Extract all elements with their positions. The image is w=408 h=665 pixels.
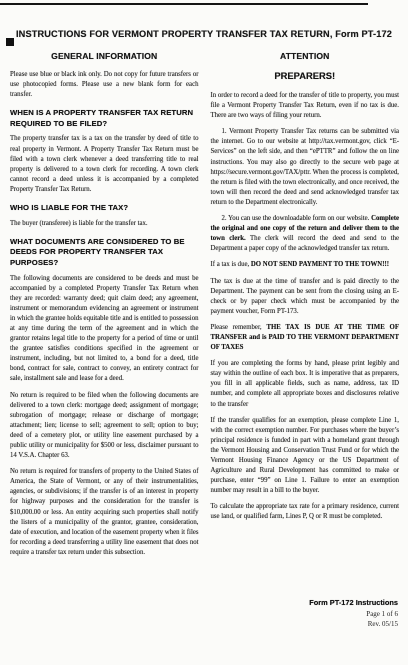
body-text: Please use blue or black ink only. Do no… bbox=[10, 71, 199, 98]
body-text: The following documents are considered t… bbox=[10, 275, 199, 383]
section-heading: WHO IS LIABLE FOR THE TAX? bbox=[10, 203, 199, 214]
section-heading: WHEN IS A PROPERTY TRANSFER TAX RETURN R… bbox=[10, 108, 199, 129]
body-text: The buyer (transferee) is liable for the… bbox=[10, 220, 148, 227]
body-text: If the transfer qualifies for an exempti… bbox=[211, 417, 400, 495]
body-text: If you are completing the forms by hand,… bbox=[211, 360, 400, 407]
section-heading: PREPARERS! bbox=[211, 70, 400, 82]
scan-artifact-speck bbox=[6, 38, 14, 46]
footer-page-number: Page 1 of 6 bbox=[309, 609, 398, 620]
body-text: 2. You can use the downloadable form on … bbox=[222, 215, 372, 222]
body-text: In order to record a deed for the transf… bbox=[211, 92, 400, 119]
footer-revision: Rev. 05/15 bbox=[309, 619, 398, 630]
paragraph: 2. You can use the downloadable form on … bbox=[211, 214, 400, 254]
document-page: INSTRUCTIONS FOR VERMONT PROPERTY TRANSF… bbox=[0, 0, 408, 665]
paragraph: No return is required for transfers of p… bbox=[10, 467, 199, 558]
paragraph: If a tax is due, DO NOT SEND PAYMENT TO … bbox=[211, 260, 400, 270]
paragraph: The following documents are considered t… bbox=[10, 274, 199, 385]
paragraph: In order to record a deed for the transf… bbox=[211, 91, 400, 121]
body-text: To calculate the appropriate tax rate fo… bbox=[211, 503, 400, 520]
scan-artifact-line bbox=[0, 3, 368, 5]
paragraph: The buyer (transferee) is liable for the… bbox=[10, 219, 199, 229]
right-column: ATTENTIONPREPARERS!In order to record a … bbox=[211, 50, 400, 529]
footer-form-name: Form PT-172 Instructions bbox=[309, 598, 398, 609]
body-text: Please remember, bbox=[211, 324, 267, 331]
paragraph: Please remember, THE TAX IS DUE AT THE T… bbox=[211, 323, 400, 353]
paragraph: 1. Vermont Property Transfer Tax returns… bbox=[211, 127, 400, 208]
paragraph: To calculate the appropriate tax rate fo… bbox=[211, 502, 400, 522]
paragraph: The tax is due at the time of transfer a… bbox=[211, 277, 400, 317]
section-heading: WHAT DOCUMENTS ARE CONSIDERED TO BE DEED… bbox=[10, 237, 199, 269]
section-heading: GENERAL INFORMATION bbox=[10, 51, 199, 62]
bold-text: DO NOT SEND PAYMENT TO THE TOWN!!! bbox=[251, 261, 389, 268]
document-title: INSTRUCTIONS FOR VERMONT PROPERTY TRANSF… bbox=[8, 29, 400, 39]
paragraph: Please use blue or black ink only. Do no… bbox=[10, 70, 199, 100]
body-text: No return is required for transfers of p… bbox=[10, 468, 199, 556]
left-column: GENERAL INFORMATIONPlease use blue or bl… bbox=[10, 50, 199, 564]
body-text: The tax is due at the time of transfer a… bbox=[211, 278, 400, 315]
body-text: The property transfer tax is a tax on th… bbox=[10, 135, 199, 192]
paragraph: The property transfer tax is a tax on th… bbox=[10, 134, 199, 195]
section-heading: ATTENTION bbox=[211, 51, 400, 62]
paragraph: If the transfer qualifies for an exempti… bbox=[211, 416, 400, 497]
body-text: 1. Vermont Property Transfer Tax returns… bbox=[211, 128, 400, 206]
body-text: No return is required to be filed when t… bbox=[10, 392, 199, 460]
body-text: If a tax is due, bbox=[211, 261, 251, 268]
paragraph: If you are completing the forms by hand,… bbox=[211, 359, 400, 409]
footer: Form PT-172 Instructions Page 1 of 6 Rev… bbox=[309, 598, 398, 630]
paragraph: No return is required to be filed when t… bbox=[10, 391, 199, 462]
two-column-body: GENERAL INFORMATIONPlease use blue or bl… bbox=[0, 39, 408, 564]
